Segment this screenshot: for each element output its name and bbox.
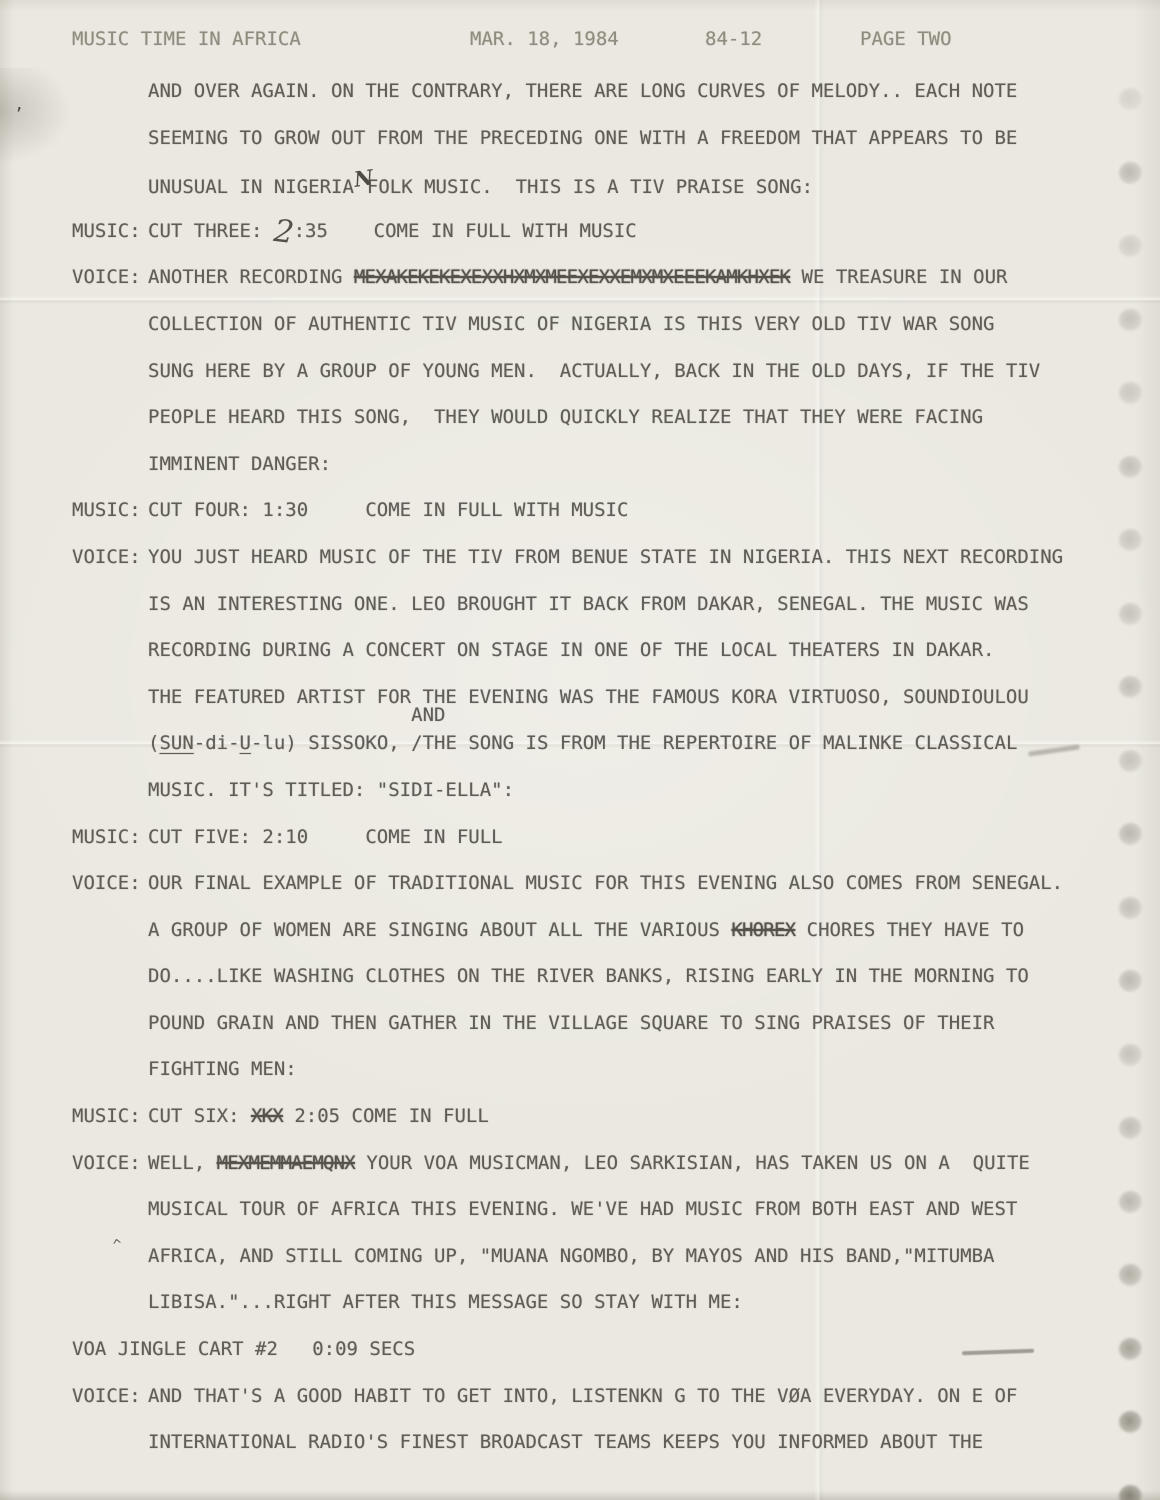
- speaker-label: VOICE:: [72, 1152, 141, 1174]
- script-lines: AND OVER AGAIN. ON THE CONTRARY, THERE A…: [72, 80, 1112, 1478]
- typed-text: 2:05 COME IN FULL: [283, 1105, 489, 1127]
- speaker-label: MUSIC:: [72, 1105, 141, 1127]
- handwritten-number: 2: [274, 231, 294, 233]
- script-line: VOICE:OUR FINAL EXAMPLE OF TRADITIONAL M…: [72, 872, 1112, 919]
- punch-hole-shadow: [1119, 456, 1142, 478]
- typed-text: FIGHTING MEN:: [148, 1058, 297, 1080]
- punch-hole-shadow: [1119, 1117, 1142, 1139]
- typed-text: DO....LIKE WASHING CLOTHES ON THE RIVER …: [148, 965, 1029, 987]
- header-episode-code: 84-12: [705, 28, 762, 50]
- script-line: MUSIC:CUT FIVE: 2:10 COME IN FULL: [72, 826, 1112, 873]
- script-line: FIGHTING MEN:: [72, 1058, 1112, 1105]
- typed-text: SEEMING TO GROW OUT FROM THE PRECEDING O…: [148, 127, 1017, 149]
- typed-text: /THE SONG IS FROM THE REPERTOIRE OF MALI…: [411, 732, 1017, 754]
- overtyped-strikeout-text: MEXAKEKEKEXEXXHXMXMEEXEXXEMXMXEEEKAMKHXE…: [354, 266, 790, 288]
- document-title: MUSIC TIME IN AFRICA: [72, 28, 301, 50]
- script-line: AFRICA, AND STILL COMING UP, "MUANA NGOM…: [72, 1245, 1112, 1292]
- typed-text: -lu) SISSOKO,: [251, 732, 411, 754]
- speaker-label: MUSIC:: [72, 826, 141, 848]
- typed-text: CHORES THEY HAVE TO: [795, 919, 1024, 941]
- typed-text: SUNG HERE BY A GROUP OF YOUNG MEN. ACTUA…: [148, 360, 1040, 382]
- speaker-label: VOICE:: [72, 872, 141, 894]
- punch-hole-shadow: [1119, 897, 1142, 919]
- typed-text: YOUR VOA MUSICMAN, LEO SARKISIAN, HAS TA…: [355, 1152, 1030, 1174]
- script-line: MUSICAL TOUR OF AFRICA THIS EVENING. WE'…: [72, 1198, 1112, 1245]
- overtyped-strikeout-text: XKX: [251, 1105, 283, 1127]
- underlined-text: U: [240, 732, 251, 754]
- punch-hole-shadow: [1119, 309, 1142, 331]
- script-line: VOICE:AND THAT'S A GOOD HABIT TO GET INT…: [72, 1385, 1112, 1432]
- punch-hole-shadow: [1119, 235, 1142, 257]
- speaker-label: MUSIC:: [72, 499, 141, 521]
- script-line: MUSIC:CUT SIX: XKX 2:05 COME IN FULL: [72, 1105, 1112, 1152]
- typed-text: A GROUP OF WOMEN ARE SINGING ABOUT ALL T…: [148, 919, 731, 941]
- typed-insertion-above-line: AND: [411, 704, 445, 726]
- script-line: UNUSUAL IN NIGERIANFOLK MUSIC. THIS IS A…: [72, 173, 1112, 220]
- typed-text: WELL,: [148, 1152, 217, 1174]
- script-line: POUND GRAIN AND THEN GATHER IN THE VILLA…: [72, 1012, 1112, 1059]
- typed-text: AFRICA, AND STILL COMING UP, "MUANA NGOM…: [148, 1245, 994, 1267]
- corner-fold-shadow: [0, 68, 70, 163]
- punch-hole-shadow: [1119, 823, 1142, 845]
- typed-text: UNUSUAL IN NIGERIA: [148, 176, 354, 198]
- typed-text: CUT FIVE: 2:10 COME IN FULL: [148, 826, 503, 848]
- page-header: MUSIC TIME IN AFRICA MAR. 18, 1984 84-12…: [72, 28, 1140, 54]
- typewritten-page: { "document": { "header": { "title": "MU…: [0, 0, 1160, 1500]
- typed-text: YOU JUST HEARD MUSIC OF THE TIV FROM BEN…: [148, 546, 1063, 568]
- script-line: (SUN-di-U-lu) SISSOKO, AND/THE SONG IS F…: [72, 732, 1112, 779]
- speaker-label: MUSIC:: [72, 220, 141, 242]
- typed-text: MUSIC. IT'S TITLED: "SIDI-ELLA":: [148, 779, 514, 801]
- typed-text: -di-: [194, 732, 240, 754]
- typed-text: IS AN INTERESTING ONE. LEO BROUGHT IT BA…: [148, 593, 1029, 615]
- script-line: COLLECTION OF AUTHENTIC TIV MUSIC OF NIG…: [72, 313, 1112, 360]
- handwritten-insertion: N: [352, 165, 368, 192]
- typed-text: IMMINENT DANGER:: [148, 453, 331, 475]
- typed-text: WE TREASURE IN OUR: [790, 266, 1007, 288]
- header-date: MAR. 18, 1984: [470, 28, 619, 50]
- typed-text: FOLK MUSIC. THIS IS A TIV PRAISE SONG:: [367, 176, 813, 198]
- typed-text: COLLECTION OF AUTHENTIC TIV MUSIC OF NIG…: [148, 313, 994, 335]
- punch-hole-shadow: [1119, 603, 1142, 625]
- ink-speck: ’: [14, 104, 24, 123]
- typed-text: VOA JINGLE CART #2 0:09 SECS: [72, 1338, 415, 1360]
- punch-hole-shadow: [1119, 970, 1142, 992]
- script-line: INTERNATIONAL RADIO'S FINEST BROADCAST T…: [72, 1431, 1112, 1478]
- punch-hole-shadow: [1119, 1338, 1142, 1360]
- punch-hole-shadow: [1119, 1411, 1142, 1433]
- script-line: MUSIC. IT'S TITLED: "SIDI-ELLA":: [72, 779, 1112, 826]
- script-line: MUSIC:CUT THREE: 2:35 COME IN FULL WITH …: [72, 220, 1112, 267]
- typed-text: RECORDING DURING A CONCERT ON STAGE IN O…: [148, 639, 994, 661]
- punch-hole-shadow: [1119, 529, 1142, 551]
- punch-hole-shadow: [1119, 1191, 1142, 1213]
- script-line: PEOPLE HEARD THIS SONG, THEY WOULD QUICK…: [72, 406, 1112, 453]
- punch-hole-shadow: [1119, 162, 1142, 184]
- script-line: VOA JINGLE CART #2 0:09 SECS: [72, 1338, 1112, 1385]
- typed-text: POUND GRAIN AND THEN GATHER IN THE VILLA…: [148, 1012, 994, 1034]
- typed-text: AND THAT'S A GOOD HABIT TO GET INTO, LIS…: [148, 1385, 1017, 1407]
- punch-hole-shadow: [1119, 1485, 1142, 1500]
- typed-text: CUT THREE:: [148, 220, 274, 242]
- speaker-label: VOICE:: [72, 1385, 141, 1407]
- speaker-label: VOICE:: [72, 546, 141, 568]
- punch-hole-shadow: [1119, 676, 1142, 698]
- script-line: IS AN INTERESTING ONE. LEO BROUGHT IT BA…: [72, 593, 1112, 640]
- typed-text: ANOTHER RECORDING: [148, 266, 354, 288]
- punch-hole-shadow: [1119, 88, 1142, 110]
- script-line: SEEMING TO GROW OUT FROM THE PRECEDING O…: [72, 127, 1112, 174]
- punch-hole-shadow: [1119, 750, 1142, 772]
- typed-text: PEOPLE HEARD THIS SONG, THEY WOULD QUICK…: [148, 406, 983, 428]
- typed-text: :35 COME IN FULL WITH MUSIC: [294, 220, 637, 242]
- typed-text: (: [148, 732, 159, 754]
- script-line: LIBISA."...RIGHT AFTER THIS MESSAGE SO S…: [72, 1291, 1112, 1338]
- script-line: AND OVER AGAIN. ON THE CONTRARY, THERE A…: [72, 80, 1112, 127]
- punch-hole-shadow: [1119, 1264, 1142, 1286]
- typed-text: LIBISA."...RIGHT AFTER THIS MESSAGE SO S…: [148, 1291, 743, 1313]
- typed-text: THE FEATURED ARTIST FOR THE EVENING WAS …: [148, 686, 1029, 708]
- overtyped-strikeout-text: MEXMEMMAEMQNX: [217, 1152, 355, 1174]
- script-line: THE FEATURED ARTIST FOR THE EVENING WAS …: [72, 686, 1112, 733]
- typed-text: MUSICAL TOUR OF AFRICA THIS EVENING. WE'…: [148, 1198, 1017, 1220]
- underlined-text: SUN: [159, 732, 193, 754]
- punch-hole-shadow: [1119, 1044, 1142, 1066]
- typed-text: OUR FINAL EXAMPLE OF TRADITIONAL MUSIC F…: [148, 872, 1063, 894]
- overtyped-strikeout-text: KHOREX: [731, 919, 795, 941]
- typed-text: CUT FOUR: 1:30 COME IN FULL WITH MUSIC: [148, 499, 628, 521]
- typed-text: AND OVER AGAIN. ON THE CONTRARY, THERE A…: [148, 80, 1017, 102]
- script-line: MUSIC:CUT FOUR: 1:30 COME IN FULL WITH M…: [72, 499, 1112, 546]
- typed-text: CUT SIX:: [148, 1105, 251, 1127]
- header-page-number: PAGE TWO: [860, 28, 952, 50]
- punch-hole-shadow: [1119, 382, 1142, 404]
- script-line: RECORDING DURING A CONCERT ON STAGE IN O…: [72, 639, 1112, 686]
- script-line: SUNG HERE BY A GROUP OF YOUNG MEN. ACTUA…: [72, 360, 1112, 407]
- script-line: DO....LIKE WASHING CLOTHES ON THE RIVER …: [72, 965, 1112, 1012]
- typed-text: INTERNATIONAL RADIO'S FINEST BROADCAST T…: [148, 1431, 983, 1453]
- script-line: VOICE:ANOTHER RECORDING MEXAKEKEKEXEXXHX…: [72, 266, 1112, 313]
- script-line: VOICE:YOU JUST HEARD MUSIC OF THE TIV FR…: [72, 546, 1112, 593]
- speaker-label: VOICE:: [72, 266, 141, 288]
- script-line: A GROUP OF WOMEN ARE SINGING ABOUT ALL T…: [72, 919, 1112, 966]
- script-line: IMMINENT DANGER:: [72, 453, 1112, 500]
- script-line: VOICE:WELL, MEXMEMMAEMQNX YOUR VOA MUSIC…: [72, 1152, 1112, 1199]
